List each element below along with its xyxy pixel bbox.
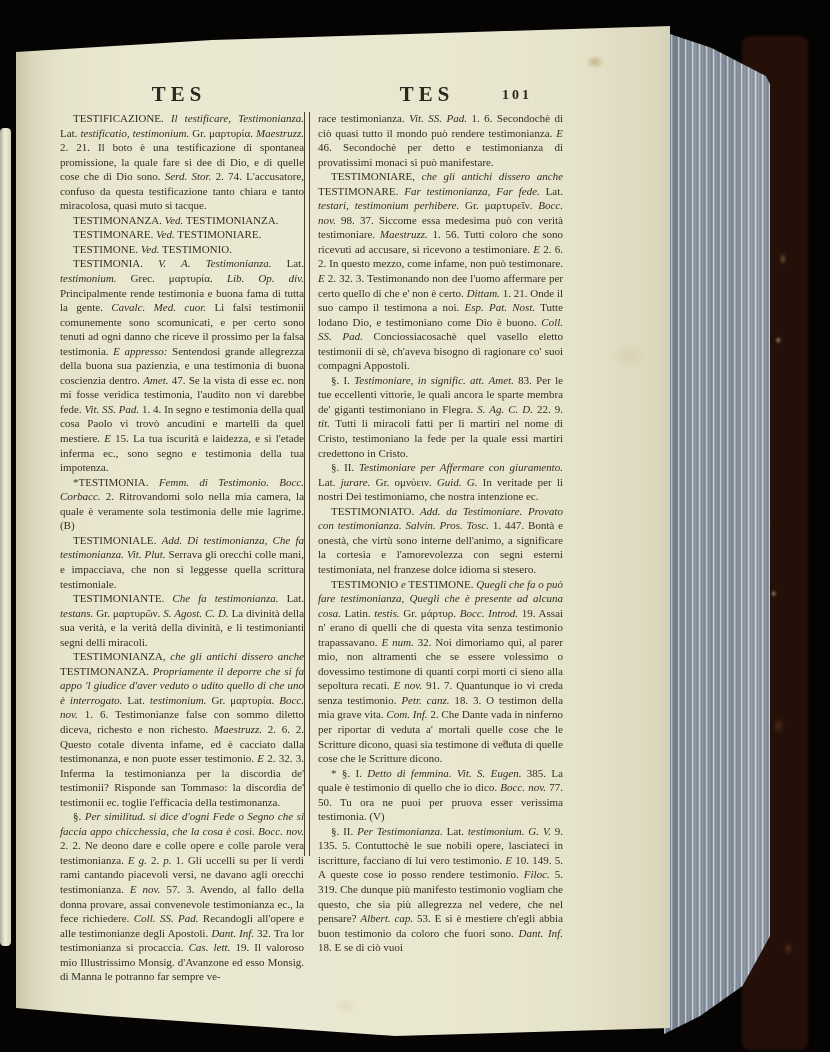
- entry-paragraph: TESTIMONARE. Ved. TESTIMONIARE.: [60, 228, 304, 243]
- entry-paragraph: race testimonianza. Vit. SS. Pad. 1. 6. …: [318, 112, 563, 170]
- entry-paragraph: §. I. Testimoniare, in signific. att. Am…: [318, 374, 563, 461]
- entry-paragraph: §. II. Testimoniare per Affermare con gi…: [318, 461, 563, 505]
- entry-paragraph: TESTIMONIANZA, che gli antichi dissero a…: [60, 650, 304, 810]
- book-page: TES TES 101 TESTIFICAZIONE. Il testifica…: [16, 26, 670, 1036]
- entry-paragraph: §. Per similitud. si dice d'ogni Fede o …: [60, 810, 304, 985]
- page-number: 101: [502, 88, 532, 104]
- entry-paragraph: *TESTIMONIA. Femm. di Testimonio. Bocc. …: [60, 476, 304, 534]
- running-header-left: TES: [134, 82, 224, 107]
- running-header-right: TES: [382, 82, 472, 107]
- entry-paragraph: TESTIMONANZA. Ved. TESTIMONIANZA.: [60, 214, 304, 229]
- entry-paragraph: * §. I. Detto di femmina. Vit. S. Eugen.…: [318, 767, 563, 825]
- left-text-column: TESTIFICAZIONE. Il testificare, Testimon…: [60, 112, 304, 985]
- book-fore-edge-pages: [664, 24, 770, 1040]
- entry-paragraph: TESTIMONE. Ved. TESTIMONIO.: [60, 243, 304, 258]
- facing-page-sliver: [0, 128, 11, 946]
- entry-paragraph: §. II. Per Testimonianza. Lat. testimoni…: [318, 825, 563, 956]
- entry-paragraph: TESTIFICAZIONE. Il testificare, Testimon…: [60, 112, 304, 214]
- right-text-column: race testimonianza. Vit. SS. Pad. 1. 6. …: [318, 112, 563, 956]
- entry-paragraph: TESTIMONIO e TESTIMONE. Quegli che fa o …: [318, 578, 563, 767]
- entry-paragraph: TESTIMONIALE. Add. Di testimonianza, Che…: [60, 534, 304, 592]
- entry-paragraph: TESTIMONIA. V. A. Testimonianza. Lat. te…: [60, 257, 304, 475]
- entry-paragraph: TESTIMONIARE, che gli antichi dissero an…: [318, 170, 563, 374]
- entry-paragraph: TESTIMONIATO. Add. da Testimoniare. Prov…: [318, 505, 563, 578]
- column-divider-rule: [304, 112, 310, 856]
- entry-paragraph: TESTIMONIANTE. Che fa testimonianza. Lat…: [60, 592, 304, 650]
- scanned-book-photo: TES TES 101 TESTIFICAZIONE. Il testifica…: [0, 0, 830, 1052]
